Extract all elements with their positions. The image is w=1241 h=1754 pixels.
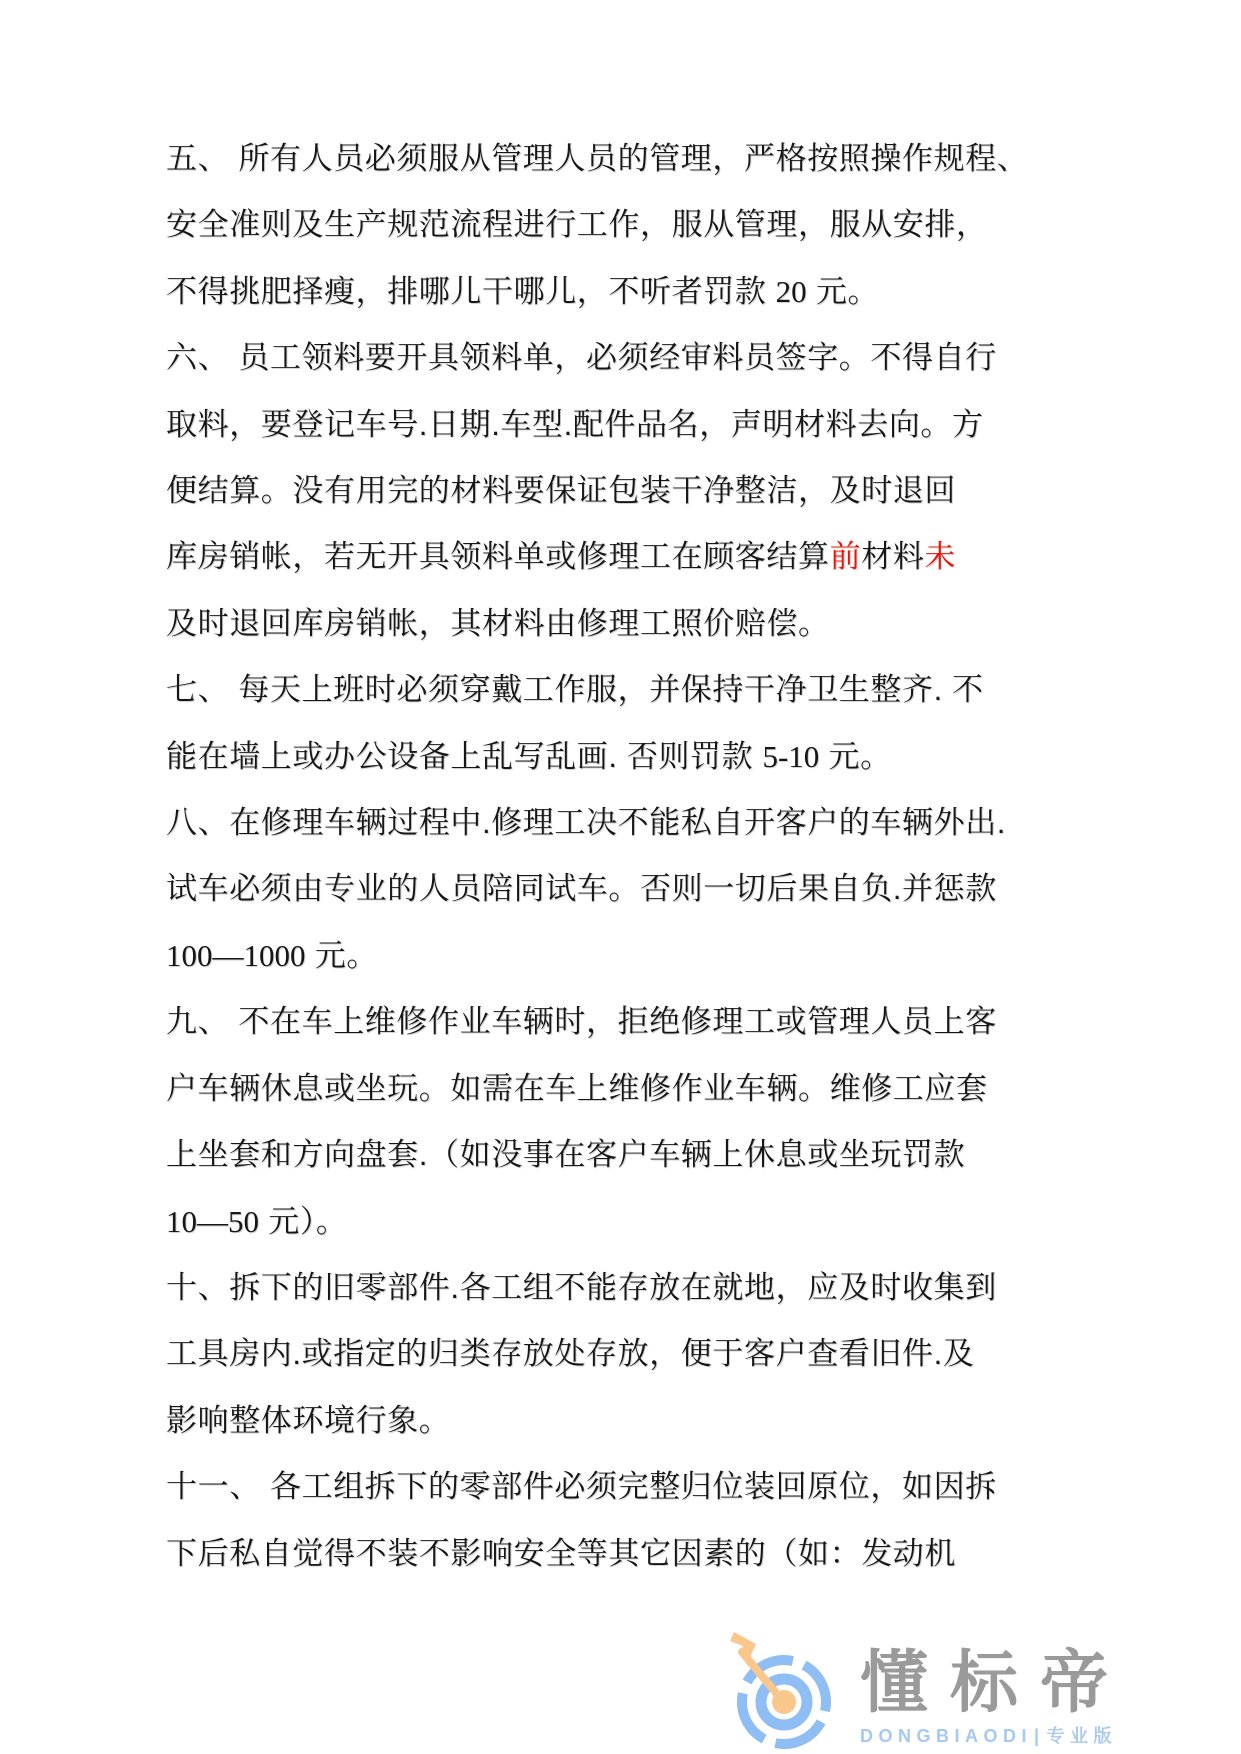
document-line: 能在墙上或办公设备上乱写乱画. 否则罚款 5-10 元。	[166, 724, 1041, 790]
document-line: 安全准则及生产规范流程进行工作，服从管理，服从安排，	[166, 192, 1041, 258]
highlighted-text: 未	[924, 539, 956, 574]
text-segment: 安全准则及生产规范流程进行工作，服从管理，服从安排，	[166, 207, 988, 242]
watermark-text: 懂标帝 DONGBIAODI|专业版	[860, 1648, 1130, 1748]
document-line: 工具房内.或指定的归类存放处存放，便于客户查看旧件.及	[166, 1321, 1041, 1387]
document-line: 七、 每天上班时必须穿戴工作服，并保持干净卫生整齐. 不	[166, 657, 1041, 723]
text-segment: 五、 所有人员必须服从管理人员的管理，严格按照操作规程、	[166, 141, 1028, 176]
text-segment: 库房销帐，若无开具领料单或修理工在顾客结算	[166, 539, 830, 574]
watermark-edition: 专业版	[1047, 1726, 1118, 1746]
text-segment: 上坐套和方向盘套.（如没事在客户车辆上休息或坐玩罚款	[166, 1137, 965, 1172]
text-segment: 元）。	[259, 1204, 348, 1239]
text-segment: 不得挑肥择瘦，排哪儿干哪儿，不听者罚款	[166, 274, 776, 309]
document-line: 试车必须由专业的人员陪同试车。否则一切后果自负.并惩款	[166, 856, 1041, 922]
watermark-separator: |	[1032, 1726, 1047, 1746]
text-segment: 工具房内.或指定的归类存放处存放，便于客户查看旧件.及	[166, 1336, 974, 1371]
text-segment: 材料	[861, 539, 924, 574]
document-line: 取料，要登记车号.日期.车型.配件品名，声明材料去向。方	[166, 392, 1041, 458]
document-line: 影响整体环境行象。	[166, 1388, 1041, 1454]
document-line: 上坐套和方向盘套.（如没事在客户车辆上休息或坐玩罚款	[166, 1122, 1041, 1188]
document-line: 五、 所有人员必须服从管理人员的管理，严格按照操作规程、	[166, 126, 1041, 192]
document-page: 五、 所有人员必须服从管理人员的管理，严格按照操作规程、安全准则及生产规范流程进…	[0, 0, 1241, 1754]
document-line: 库房销帐，若无开具领料单或修理工在顾客结算前材料未	[166, 524, 1041, 590]
text-segment: 下后私自觉得不装不影响安全等其它因素的（如：发动机	[166, 1536, 956, 1571]
text-segment: 元。	[819, 739, 891, 774]
dongbiaodi-logo-icon	[712, 1624, 844, 1754]
text-segment: 取料，要登记车号.日期.车型.配件品名，声明材料去向。方	[166, 407, 984, 442]
text-segment: 便结算。没有用完的材料要保证包装干净整洁，及时退回	[166, 473, 956, 508]
watermark-subtitle-latin: DONGBIAODI	[860, 1726, 1032, 1746]
text-segment: 试车必须由专业的人员陪同试车。否则一切后果自负.并惩款	[166, 871, 997, 906]
text-segment: 七、 每天上班时必须穿戴工作服，并保持干净卫生整齐. 不	[166, 672, 984, 707]
text-segment: 100—1000	[166, 938, 306, 973]
text-segment: 元。	[807, 274, 879, 309]
text-segment: 能在墙上或办公设备上乱写乱画. 否则罚款	[166, 739, 762, 774]
text-segment: 20	[776, 274, 807, 309]
document-line: 八、在修理车辆过程中.修理工决不能私自开客户的车辆外出.	[166, 790, 1041, 856]
document-line: 100—1000 元。	[166, 923, 1041, 989]
watermark: 懂标帝 DONGBIAODI|专业版	[712, 1624, 1130, 1754]
text-segment: 十、拆下的旧零部件.各工组不能存放在就地，应及时收集到	[166, 1270, 997, 1305]
document-line: 六、 员工领料要开具领料单，必须经审料员签字。不得自行	[166, 325, 1041, 391]
document-line: 户车辆休息或坐玩。如需在车上维修作业车辆。维修工应套	[166, 1056, 1041, 1122]
watermark-subtitle: DONGBIAODI|专业版	[860, 1722, 1130, 1748]
document-line: 下后私自觉得不装不影响安全等其它因素的（如：发动机	[166, 1521, 1041, 1587]
document-line: 九、 不在车上维修作业车辆时，拒绝修理工或管理人员上客	[166, 989, 1041, 1055]
text-segment: 户车辆休息或坐玩。如需在车上维修作业车辆。维修工应套	[166, 1071, 988, 1106]
text-segment: 十一、 各工组拆下的零部件必须完整归位装回原位，如因拆	[166, 1469, 997, 1504]
highlighted-text: 前	[830, 539, 862, 574]
document-line: 及时退回库房销帐，其材料由修理工照价赔偿。	[166, 591, 1041, 657]
document-line: 便结算。没有用完的材料要保证包装干净整洁，及时退回	[166, 458, 1041, 524]
text-segment: 六、 员工领料要开具领料单，必须经审料员签字。不得自行	[166, 340, 997, 375]
text-segment: 及时退回库房销帐，其材料由修理工照价赔偿。	[166, 606, 830, 641]
watermark-brand: 懂标帝	[860, 1648, 1130, 1718]
document-line: 十一、 各工组拆下的零部件必须完整归位装回原位，如因拆	[166, 1454, 1041, 1520]
document-line: 10—50 元）。	[166, 1189, 1041, 1255]
text-segment: 10—50	[166, 1204, 259, 1239]
document-line: 十、拆下的旧零部件.各工组不能存放在就地，应及时收集到	[166, 1255, 1041, 1321]
text-segment: 八、在修理车辆过程中.修理工决不能私自开客户的车辆外出.	[166, 805, 1006, 840]
text-segment: 元。	[306, 938, 378, 973]
text-segment: 影响整体环境行象。	[166, 1403, 450, 1438]
text-segment: 5-10	[762, 739, 819, 774]
text-segment: 九、 不在车上维修作业车辆时，拒绝修理工或管理人员上客	[166, 1004, 997, 1039]
document-body: 五、 所有人员必须服从管理人员的管理，严格按照操作规程、安全准则及生产规范流程进…	[166, 126, 1041, 1587]
document-line: 不得挑肥择瘦，排哪儿干哪儿，不听者罚款 20 元。	[166, 259, 1041, 325]
